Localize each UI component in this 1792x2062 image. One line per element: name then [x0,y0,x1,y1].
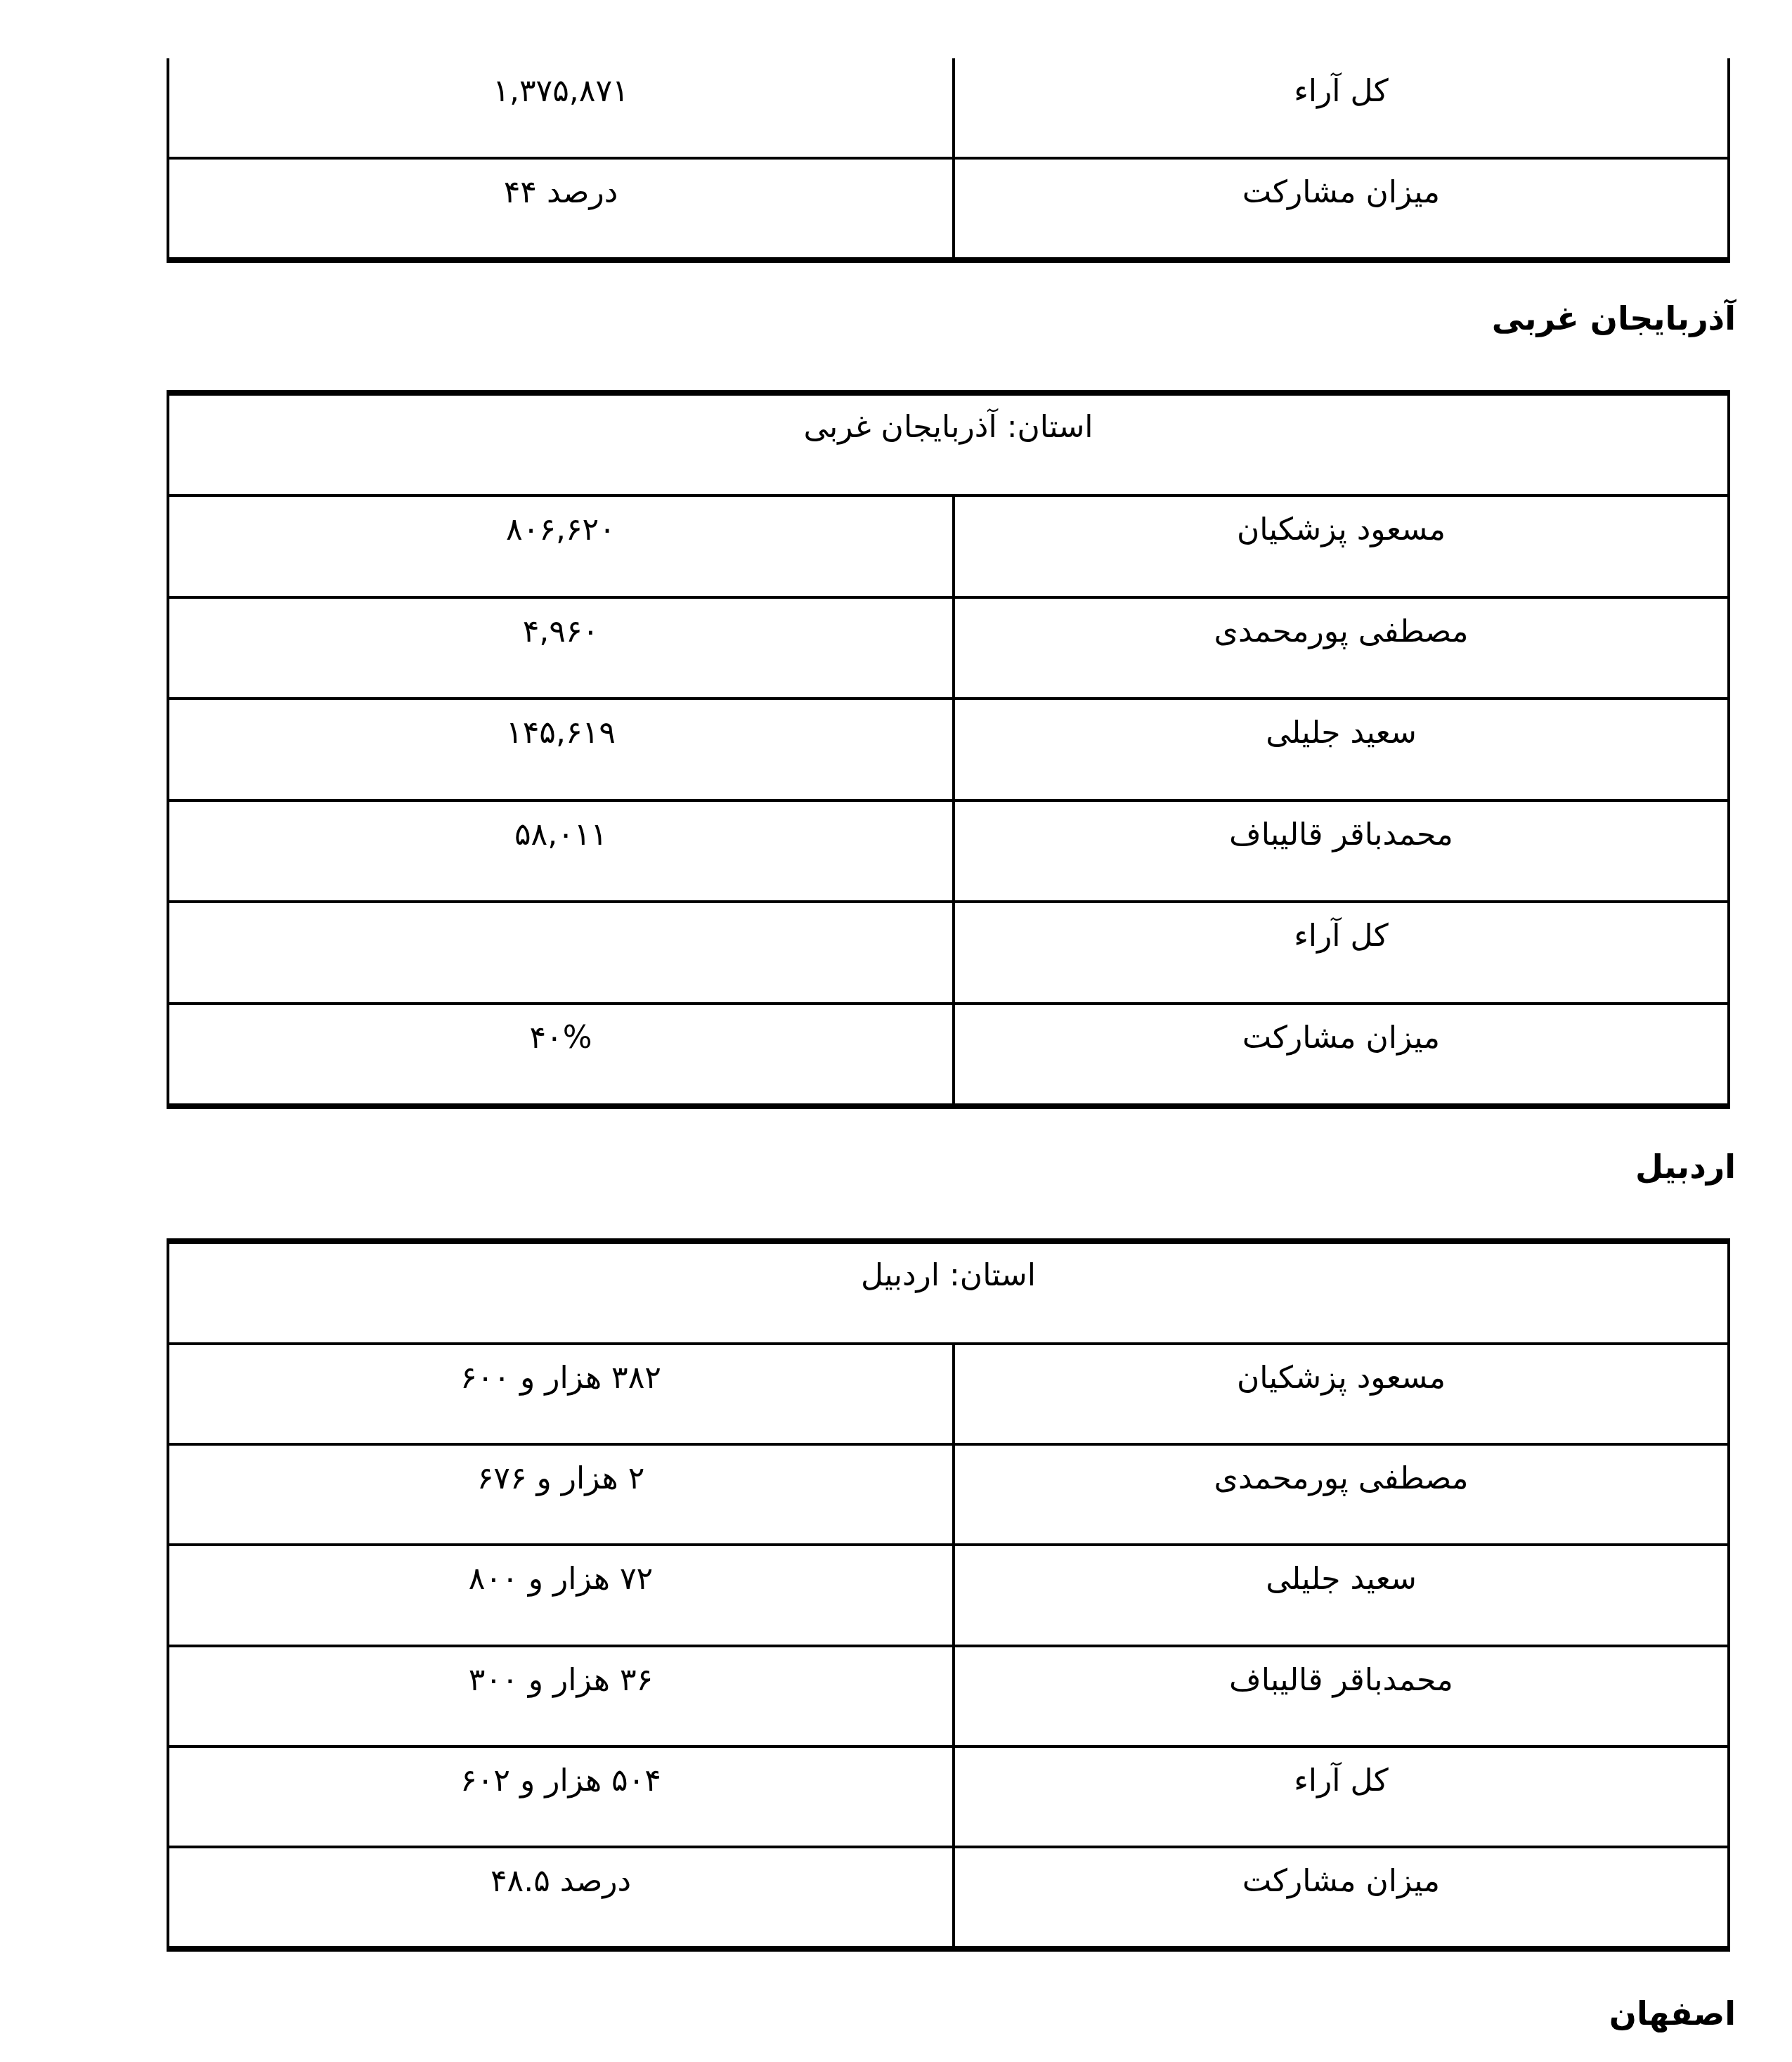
candidate-label-cell: محمدباقر قالیباف [955,1647,1727,1745]
candidate-label-cell: سعید جلیلی [955,1546,1727,1644]
table-row: ۳۶ هزار و ۳۰۰ محمدباقر قالیباف [169,1645,1727,1745]
table-row: ۱۴۵,۶۱۹ سعید جلیلی [169,697,1727,799]
table-row: ۴۰% میزان مشارکت [169,1002,1727,1104]
vote-value-cell: ۵۸,۰۱۱ [169,802,955,901]
table-row: ۱,۳۷۵,۸۷۱ کل آراء [169,58,1727,157]
document-page: ۱,۳۷۵,۸۷۱ کل آراء درصد ۴۴ میزان مشارکت آ… [0,0,1792,2062]
row-label-cell: میزان مشارکت [955,1848,1727,1946]
section-heading-west-azerbaijan: آذربایجان غربی [1492,297,1736,339]
candidate-label-cell: سعید جلیلی [955,700,1727,799]
table-row: ۵۸,۰۱۱ محمدباقر قالیباف [169,799,1727,901]
row-label-cell: کل آراء [955,58,1727,157]
results-table-west-azerbaijan: استان: آذربایجان غربی ۸۰۶,۶۲۰ مسعود پزشک… [167,390,1730,1109]
table-row: ۲ هزار و ۶۷۶ مصطفی پورمحمدی [169,1443,1727,1543]
province-header: استان: آذربایجان غربی [169,396,1727,497]
table-row: ۳۸۲ هزار و ۶۰۰ مسعود پزشکیان [169,1345,1727,1443]
vote-value-cell: ۵۰۴ هزار و ۶۰۲ [169,1748,955,1846]
row-label-cell: میزان مشارکت [955,160,1727,258]
results-table-ardabil: استان: اردبیل ۳۸۲ هزار و ۶۰۰ مسعود پزشکی… [167,1238,1730,1952]
row-label-cell: میزان مشارکت [955,1005,1727,1104]
table-row: ۷۲ هزار و ۸۰۰ سعید جلیلی [169,1543,1727,1644]
vote-value-cell: ۸۰۶,۶۲۰ [169,497,955,596]
vote-value-cell: ۳۸۲ هزار و ۶۰۰ [169,1345,955,1443]
vote-value-cell: ۲ هزار و ۶۷۶ [169,1446,955,1543]
row-label-cell: کل آراء [955,903,1727,1002]
vote-value-cell: ۴,۹۶۰ [169,599,955,698]
vote-value-cell: ۴۰% [169,1005,955,1104]
row-label-cell: کل آراء [955,1748,1727,1846]
section-heading-isfahan: اصفهان [1609,1992,1736,2035]
table-row: ۸۰۶,۶۲۰ مسعود پزشکیان [169,497,1727,596]
candidate-label-cell: مسعود پزشکیان [955,497,1727,596]
table-row: کل آراء [169,900,1727,1002]
table-row: ۵۰۴ هزار و ۶۰۲ کل آراء [169,1745,1727,1846]
vote-value-cell [169,903,955,1002]
vote-value-cell: ۷۲ هزار و ۸۰۰ [169,1546,955,1644]
candidate-label-cell: مصطفی پورمحمدی [955,1446,1727,1543]
candidate-label-cell: مسعود پزشکیان [955,1345,1727,1443]
table-row: درصد ۴۸.۵ میزان مشارکت [169,1846,1727,1946]
table-row: ۴,۹۶۰ مصطفی پورمحمدی [169,596,1727,698]
vote-value-cell: درصد ۴۴ [169,160,955,258]
vote-value-cell: ۱۴۵,۶۱۹ [169,700,955,799]
province-header: استان: اردبیل [169,1244,1727,1345]
table-row: درصد ۴۴ میزان مشارکت [169,157,1727,258]
vote-value-cell: ۱,۳۷۵,۸۷۱ [169,58,955,157]
candidate-label-cell: محمدباقر قالیباف [955,802,1727,901]
results-table-continued: ۱,۳۷۵,۸۷۱ کل آراء درصد ۴۴ میزان مشارکت [167,58,1730,263]
vote-value-cell: درصد ۴۸.۵ [169,1848,955,1946]
vote-value-cell: ۳۶ هزار و ۳۰۰ [169,1647,955,1745]
section-heading-ardabil: اردبیل [1635,1146,1736,1188]
candidate-label-cell: مصطفی پورمحمدی [955,599,1727,698]
